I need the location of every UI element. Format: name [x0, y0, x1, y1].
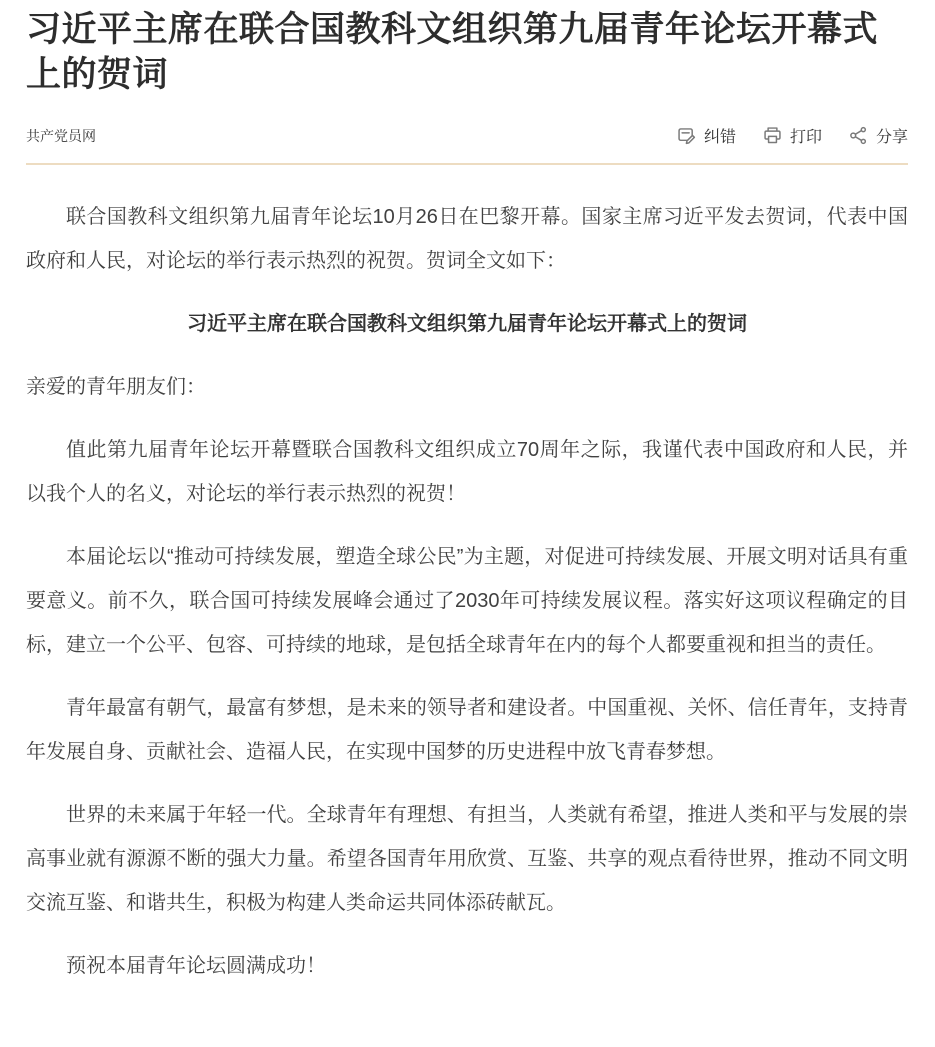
article-subtitle: 习近平主席在联合国教科文组织第九届青年论坛开幕式上的贺词: [26, 302, 908, 346]
share-button[interactable]: 分享: [848, 124, 908, 147]
article-body: 联合国教科文组织第九届青年论坛10月26日在巴黎开幕。国家主席习近平发去贺词，代…: [26, 165, 908, 988]
paragraph-closing: 预祝本届青年论坛圆满成功！: [26, 944, 908, 988]
page-title: 习近平主席在联合国教科文组织第九届青年论坛开幕式上的贺词: [26, 0, 908, 97]
article-page: 习近平主席在联合国教科文组织第九届青年论坛开幕式上的贺词 共产党员网 纠错: [0, 0, 935, 1047]
correction-button[interactable]: 纠错: [676, 124, 736, 147]
print-button[interactable]: 打印: [762, 124, 822, 147]
action-buttons: 纠错 打印: [676, 124, 908, 147]
print-label: 打印: [790, 124, 822, 147]
correction-label: 纠错: [704, 124, 736, 147]
share-icon: [848, 125, 869, 146]
paragraph: 本届论坛以“推动可持续发展，塑造全球公民”为主题，对促进可持续发展、开展文明对话…: [26, 535, 908, 667]
edit-correction-icon: [676, 125, 697, 146]
paragraph: 青年最富有朝气，最富有梦想，是未来的领导者和建设者。中国重视、关怀、信任青年，支…: [26, 686, 908, 774]
source-label: 共产党员网: [26, 126, 96, 146]
paragraph: 值此第九届青年论坛开幕暨联合国教科文组织成立70周年之际，我谨代表中国政府和人民…: [26, 428, 908, 516]
paragraph-intro: 联合国教科文组织第九届青年论坛10月26日在巴黎开幕。国家主席习近平发去贺词，代…: [26, 195, 908, 283]
paragraph: 世界的未来属于年轻一代。全球青年有理想、有担当，人类就有希望，推进人类和平与发展…: [26, 793, 908, 925]
meta-row: 共产党员网 纠错: [26, 124, 908, 165]
paragraph-salutation: 亲爱的青年朋友们：: [26, 365, 908, 409]
printer-icon: [762, 125, 783, 146]
share-label: 分享: [876, 124, 908, 147]
